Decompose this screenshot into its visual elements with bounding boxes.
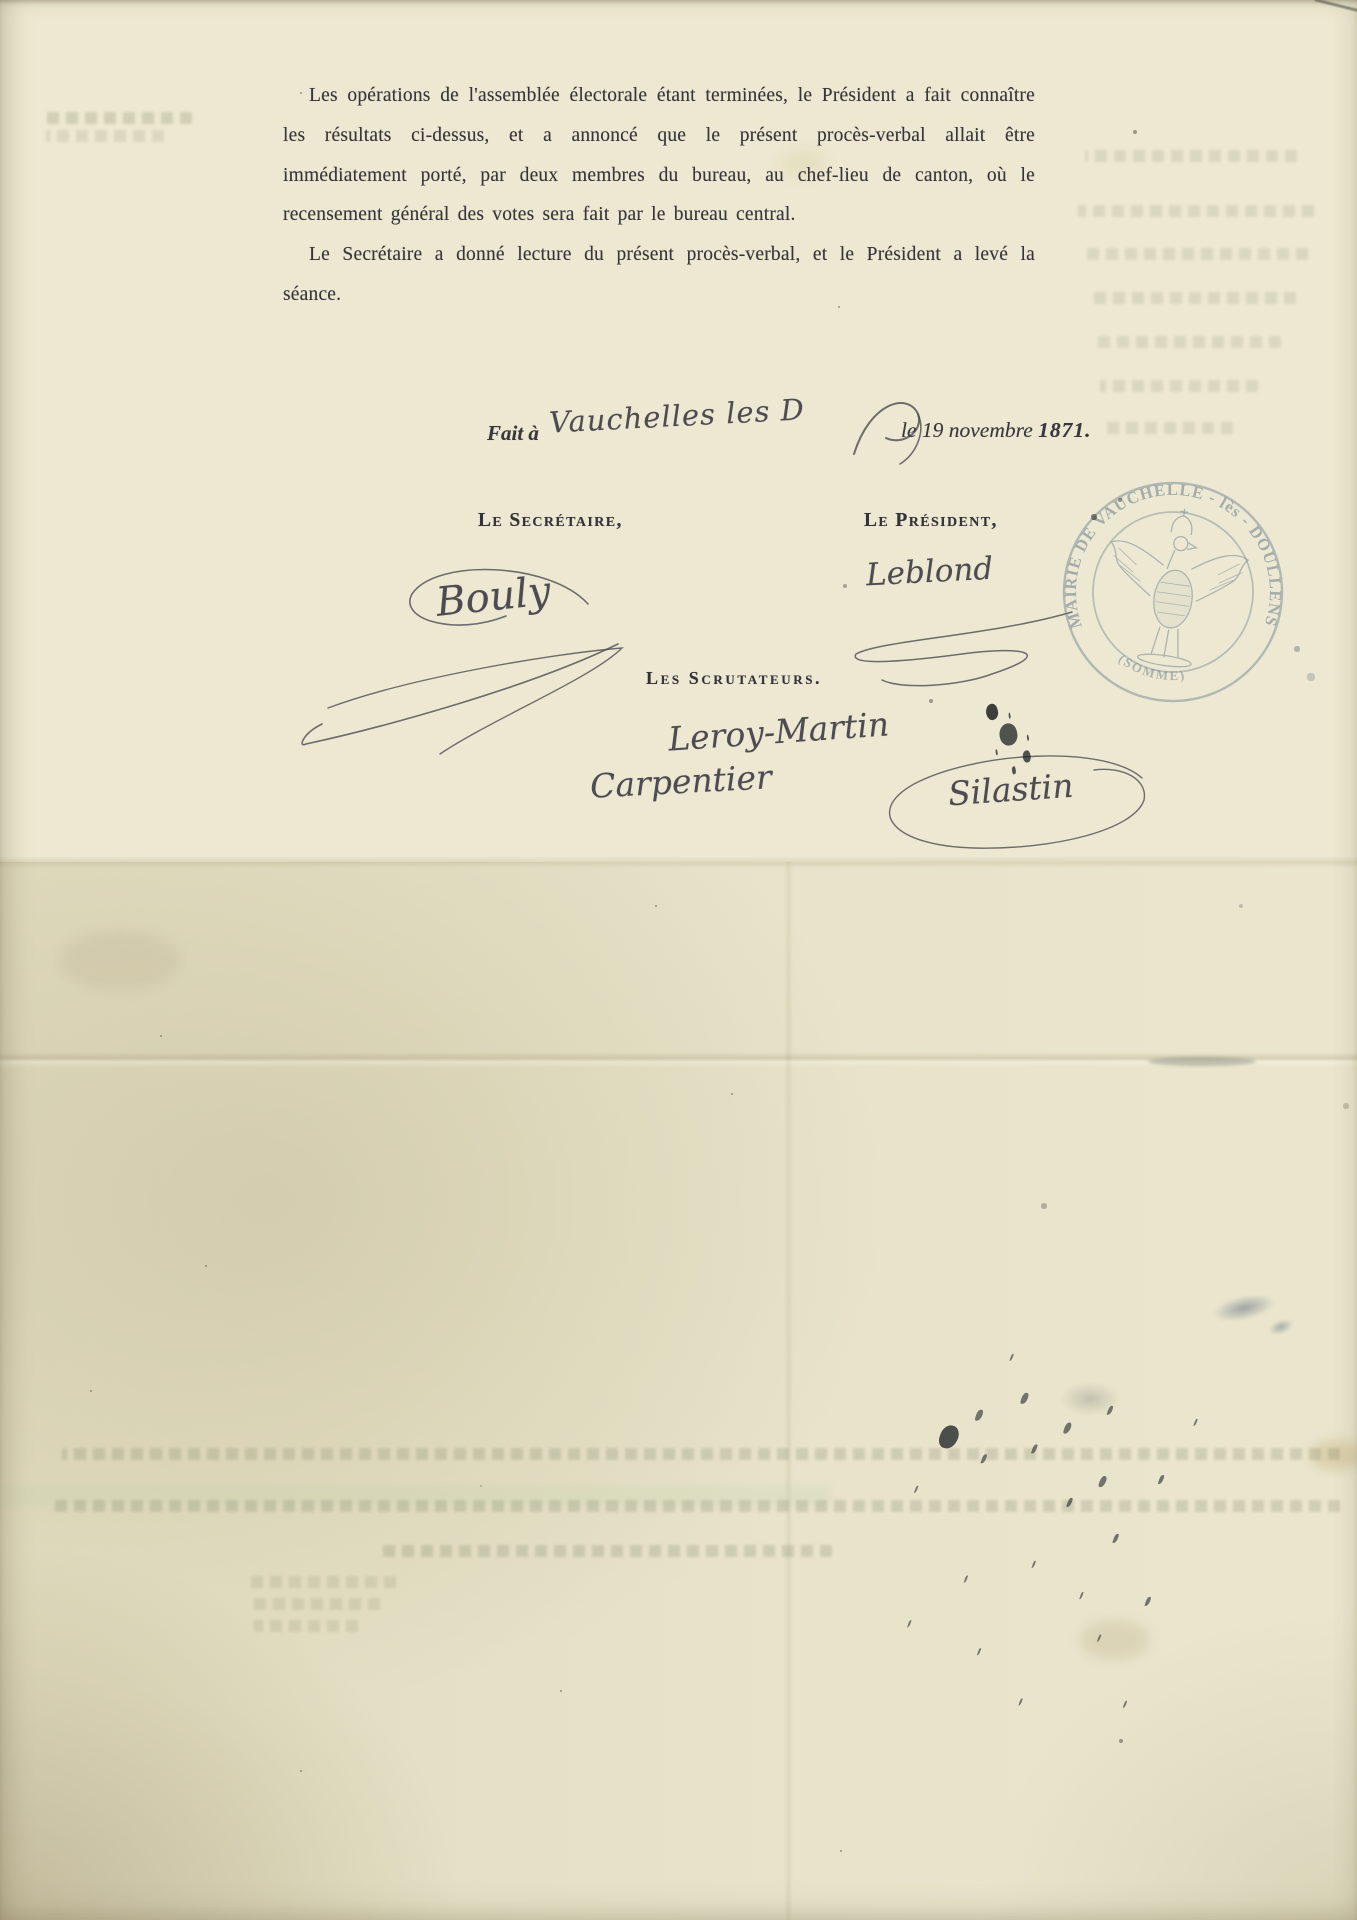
document-page: Les opérations de l'assemblée électorale… — [0, 0, 1357, 1920]
bleed-through-line — [1100, 380, 1258, 392]
bleed-through-line — [380, 1545, 832, 1557]
ink-blot — [984, 703, 1000, 722]
bleed-through-line — [254, 1620, 358, 1632]
paragraph-closing-operations: Les opérations de l'assemblée électorale… — [283, 76, 1035, 235]
president-label: Le Président, — [864, 510, 998, 532]
mairie-stamp: MAIRIE DE VAUCHELLE - lès - DOULLENS (SO… — [1037, 456, 1308, 727]
bleed-through-line — [250, 1598, 380, 1610]
bleed-through-line — [1105, 422, 1233, 434]
scrutineer-signature-1: Leroy-Martin — [667, 704, 890, 758]
lower-fold-tone — [0, 862, 1357, 1920]
secretary-label: Le Secrétaire, — [478, 510, 623, 532]
dateline-prefix: Fait à — [487, 421, 539, 446]
crease-smudge — [1148, 1057, 1256, 1066]
scrutineer-signature-3: Silastin — [947, 766, 1075, 814]
corner-scratch — [1314, 0, 1357, 13]
bleed-through-line — [62, 1448, 1340, 1460]
main-text-block: Les opérations de l'assemblée électorale… — [283, 76, 1035, 315]
bleed-through-line — [1078, 205, 1314, 217]
dateline-date-text: le 19 novembre — [901, 418, 1033, 442]
bleed-through-line — [1095, 336, 1281, 348]
paper-stain — [1080, 1620, 1150, 1660]
bleed-through-line — [1082, 248, 1308, 260]
dateline-year: 1871. — [1038, 418, 1091, 442]
bleed-through-line — [1085, 150, 1297, 162]
paragraph-reading-minutes: Le Secrétaire a donné lecture du présent… — [283, 235, 1035, 315]
handwritten-place: Vauchelles les D — [548, 392, 805, 439]
bleed-through-line — [55, 1500, 1340, 1512]
dateline-date: le 19 novembre 1871. — [901, 418, 1092, 443]
paper-speckles — [0, 0, 2, 2]
bleed-through-line — [246, 1576, 396, 1588]
bleed-through-line — [40, 112, 192, 124]
president-signature: Leblond — [865, 551, 994, 594]
scrutineers-label: Les Scrutateurs. — [646, 668, 822, 689]
stamp-bottom-text: (SOMME) — [1114, 650, 1190, 686]
bleed-through-line — [46, 130, 164, 142]
vertical-fold-crease — [784, 862, 793, 1920]
secretary-signature: Bouly — [434, 568, 553, 626]
bleed-through-line — [1090, 292, 1296, 304]
horizontal-fold-crease — [0, 856, 1357, 868]
stamp-ring-text: MAIRIE DE VAUCHELLE - lès - DOULLENS — [1055, 465, 1300, 660]
ink-smudge — [1060, 1382, 1120, 1416]
scrutineer-signature-2: Carpentier — [589, 757, 773, 805]
paper-stain — [60, 930, 180, 990]
